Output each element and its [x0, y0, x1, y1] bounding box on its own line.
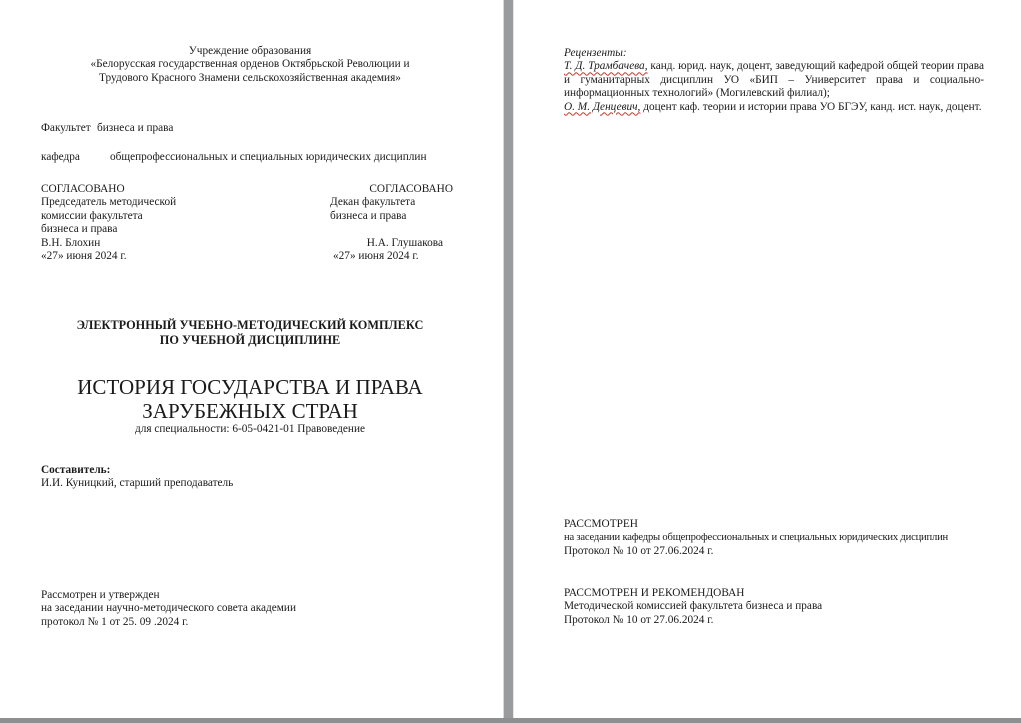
reviewer-1: Т. Д. Трамбачева, канд. юрид. наук, доце…: [564, 60, 984, 100]
council-review: Рассмотрен и утвержден на заседании науч…: [41, 589, 296, 629]
commission-recommendation: РАССМОТРЕН И РЕКОМЕНДОВАН Методической к…: [564, 587, 984, 627]
institution-line-2: «Белорусская государственная орденов Окт…: [40, 58, 460, 71]
page-gutter: [503, 0, 514, 723]
considered-heading: РАССМОТРЕН: [564, 518, 984, 531]
page-left: Учреждение образования «Белорусская госу…: [0, 0, 503, 718]
recommended-heading: РАССМОТРЕН И РЕКОМЕНДОВАН: [564, 587, 984, 600]
course-title-line-1: ИСТОРИЯ ГОСУДАРСТВА И ПРАВА: [40, 375, 460, 399]
course-title-line-2: ЗАРУБЕЖНЫХ СТРАН: [40, 399, 460, 423]
institution-header: Учреждение образования «Белорусская госу…: [40, 45, 460, 85]
faculty-value: бизнеса и права: [97, 122, 173, 135]
recommended-line: Методической комиссией факультета бизнес…: [564, 600, 984, 613]
compiler-label: Составитель:: [41, 464, 110, 477]
reviewer-2-text: доцент каф. теории и истории права УО БГ…: [640, 101, 981, 113]
reviewers-block: Рецензенты: Т. Д. Трамбачева, канд. юрид…: [564, 47, 984, 114]
approval-left: СОГЛАСОВАНО Председатель методической ко…: [41, 183, 176, 263]
approval-left-line: комиссии факультета: [41, 210, 176, 223]
approval-right-line: [330, 223, 455, 236]
reviewers-heading: Рецензенты:: [564, 47, 984, 60]
department-label: кафедра: [41, 151, 80, 164]
considered-protocol: Протокол № 10 от 27.06.2024 г.: [564, 545, 984, 558]
council-review-line-2: на заседании научно-методического совета…: [41, 602, 296, 615]
institution-line-3: Трудового Красного Знамени сельскохозяйс…: [40, 72, 460, 85]
department-value: общепрофессиональных и специальных юриди…: [110, 151, 427, 164]
course-title: ИСТОРИЯ ГОСУДАРСТВА И ПРАВА ЗАРУБЕЖНЫХ С…: [40, 375, 460, 423]
complex-heading-line-1: ЭЛЕКТРОННЫЙ УЧЕБНО-МЕТОДИЧЕСКИЙ КОМПЛЕКС: [40, 318, 460, 333]
considered-line: на заседании кафедры общепрофессиональны…: [564, 531, 984, 544]
approval-right: СОГЛАСОВАНО Декан факультета бизнеса и п…: [330, 183, 455, 263]
reviewer-1-name: Т. Д. Трамбачева,: [564, 60, 648, 72]
approval-right-line: Декан факультета: [330, 196, 455, 209]
approval-right-signatory: Н.А. Глушакова: [330, 237, 455, 250]
approval-left-heading: СОГЛАСОВАНО: [41, 183, 176, 196]
approval-right-line: бизнеса и права: [330, 210, 455, 223]
approval-left-signatory: В.Н. Блохин: [41, 237, 176, 250]
specialty: для специальности: 6-05-0421-01 Правовед…: [40, 423, 460, 436]
recommended-protocol: Протокол № 10 от 27.06.2024 г.: [564, 614, 984, 627]
approval-right-heading: СОГЛАСОВАНО: [330, 183, 455, 196]
approval-left-line: Председатель методической: [41, 196, 176, 209]
approval-left-line: бизнеса и права: [41, 223, 176, 236]
approval-right-date: «27» июня 2024 г.: [330, 250, 455, 263]
complex-heading: ЭЛЕКТРОННЫЙ УЧЕБНО-МЕТОДИЧЕСКИЙ КОМПЛЕКС…: [40, 318, 460, 347]
faculty-label: Факультет: [41, 122, 91, 135]
complex-heading-line-2: ПО УЧЕБНОЙ ДИСЦИПЛИНЕ: [40, 333, 460, 348]
council-review-protocol: протокол № 1 от 25. 09 .2024 г.: [41, 616, 296, 629]
compiler-value: И.И. Куницкий, старший преподаватель: [41, 477, 233, 490]
reviewer-2-name: О. М. Денцевич,: [564, 101, 640, 113]
approval-left-date: «27» июня 2024 г.: [41, 250, 176, 263]
bottom-border: [0, 718, 1021, 723]
reviewer-2: О. М. Денцевич, доцент каф. теории и ист…: [564, 101, 984, 114]
council-review-line-1: Рассмотрен и утвержден: [41, 589, 296, 602]
department-consideration: РАССМОТРЕН на заседании кафедры общепроф…: [564, 518, 984, 558]
institution-line-1: Учреждение образования: [40, 45, 460, 58]
